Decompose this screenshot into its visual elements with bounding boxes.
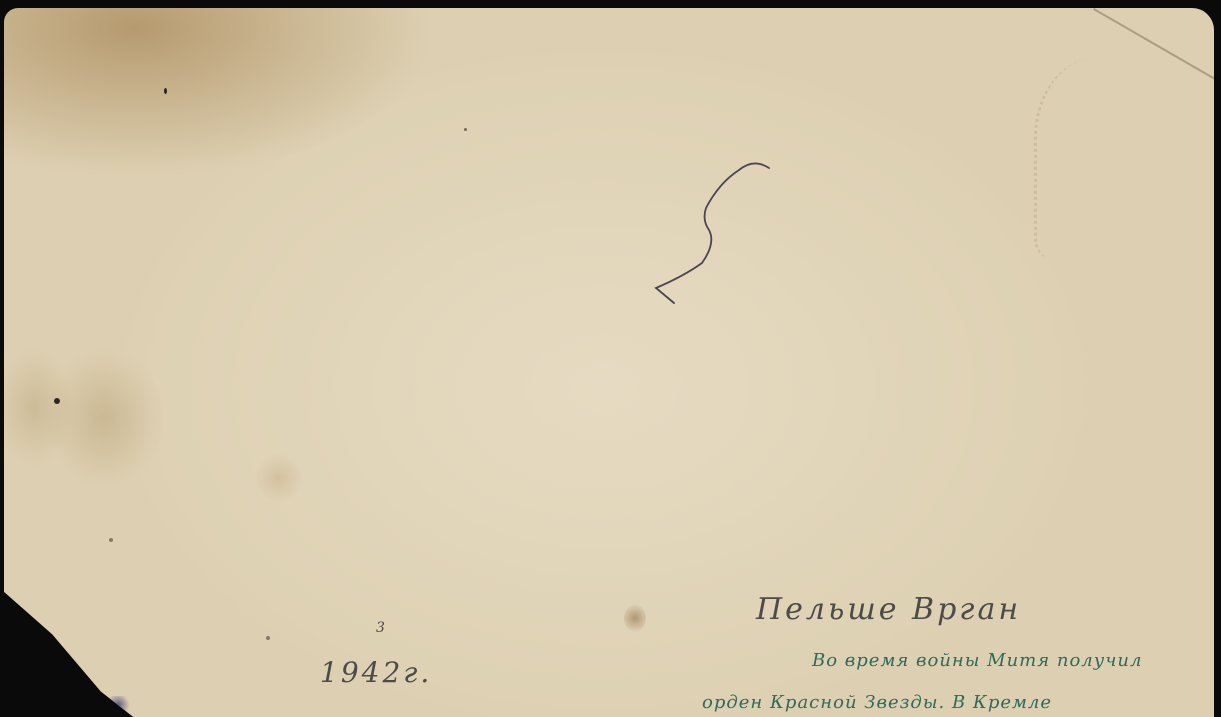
handwritten-year: 1942г.	[320, 656, 432, 689]
speck	[266, 636, 270, 640]
water-stain	[1034, 58, 1187, 258]
ink-speck	[164, 88, 167, 94]
stain-spot	[624, 604, 646, 632]
speck	[109, 538, 113, 542]
handwritten-mark: 3	[376, 620, 385, 636]
handwritten-note-line1: Во время войны Митя получил	[812, 650, 1142, 671]
ink-smudge	[104, 696, 132, 714]
handwritten-name: Пельше Врган	[756, 592, 1021, 627]
speck	[464, 128, 467, 131]
photo-card-back: Пельше Врган 3 1942г. Во время войны Мит…	[4, 8, 1214, 717]
pencil-squiggle	[644, 158, 784, 308]
ink-dot	[54, 398, 60, 404]
handwritten-note-line2: орден Красной Звезды. В Кремле	[702, 692, 1052, 713]
